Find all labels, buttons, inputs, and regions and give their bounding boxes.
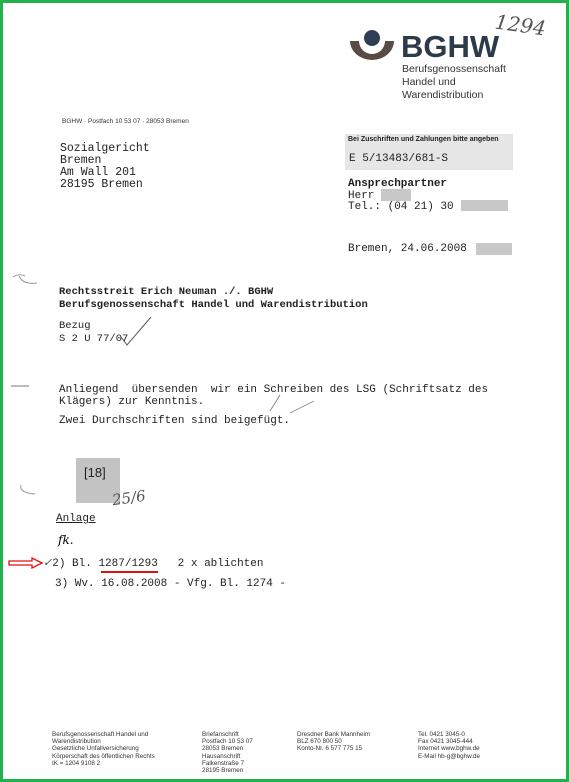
footer-contact: Tel. 0421 3045-0 Fax 0421 3045-444 Inter…: [418, 731, 480, 760]
subject-line: Berufsgenossenschaft Handel und Warendis…: [59, 299, 368, 312]
subject: Rechtsstreit Erich Neuman ./. BGHW Beruf…: [59, 286, 368, 312]
list-item-2: ✓2) Bl. 1287/1293 2 x ablichten: [43, 556, 264, 570]
footer-address: Briefanschrift Postfach 10 53 07 28053 B…: [202, 731, 253, 774]
logo-subtitle-line: Handel und: [402, 76, 506, 89]
margin-mark-icon: [11, 271, 41, 291]
contact-phone: Tel.: (04 21) 30: [348, 201, 454, 213]
bezug-label: Bezug: [59, 320, 128, 333]
handwritten-page-number: 1294: [494, 10, 548, 41]
logo-subtitle-line: Berufsgenossenschaft: [402, 63, 506, 76]
red-underline: [101, 571, 158, 573]
bghw-logo-icon: [349, 29, 395, 63]
handwritten-note: 25/6: [111, 487, 147, 510]
reference-label: Bei Zuschriften und Zahlungen bitte ange…: [348, 136, 499, 143]
redacted-phone: [461, 200, 508, 211]
handwritten-initials: fk.: [58, 533, 74, 547]
footer-bank: Dresdner Bank Mannheim BLZ 670 800 50 Ko…: [297, 731, 370, 753]
logo-subtitle: Berufsgenossenschaft Handel und Warendis…: [402, 63, 506, 102]
document-page: 1294 BGHW Berufsgenossenschaft Handel un…: [0, 0, 569, 782]
letter-date: Bremen, 24.06.2008: [348, 243, 467, 255]
pen-strokes-icon: [268, 383, 318, 415]
stamp-label: [18]: [84, 465, 106, 480]
item2-pages: 1287/1293: [98, 558, 157, 570]
bezug-value: S 2 U 77/07: [59, 333, 128, 346]
checkmark-icon: [119, 315, 155, 349]
anlage-label: Anlage: [56, 513, 96, 525]
logo-title: BGHW: [401, 31, 499, 63]
footer-organization: Berufsgenossenschaft Handel und Warendis…: [52, 731, 155, 767]
recipient-line: 28195 Bremen: [60, 179, 150, 191]
list-item-3: 3) Wv. 16.08.2008 - Vfg. Bl. 1274 -: [55, 578, 286, 590]
bezug-block: Bezug S 2 U 77/07: [59, 320, 128, 346]
subject-line: Rechtsstreit Erich Neuman ./. BGHW: [59, 286, 368, 299]
item2-prefix: 2) Bl.: [52, 558, 92, 570]
redacted-date-suffix: [476, 243, 512, 255]
logo-subtitle-line: Warendistribution: [402, 89, 506, 102]
red-arrow-icon: [8, 557, 44, 569]
redacted-name: [381, 189, 411, 201]
margin-dash-icon: [11, 383, 31, 389]
recipient-address: Sozialgericht Bremen Am Wall 201 28195 B…: [60, 143, 150, 191]
body-paragraph-2: Zwei Durchschriften sind beigefügt.: [59, 415, 290, 427]
sender-return-address: BGHW · Postfach 10 53 07 · 28053 Bremen: [62, 118, 189, 125]
check-tick: ✓: [43, 556, 52, 569]
reference-number: E 5/13483/681-S: [349, 153, 448, 165]
margin-hole-mark-icon: [17, 481, 41, 497]
item2-action: 2 x ablichten: [178, 558, 264, 570]
